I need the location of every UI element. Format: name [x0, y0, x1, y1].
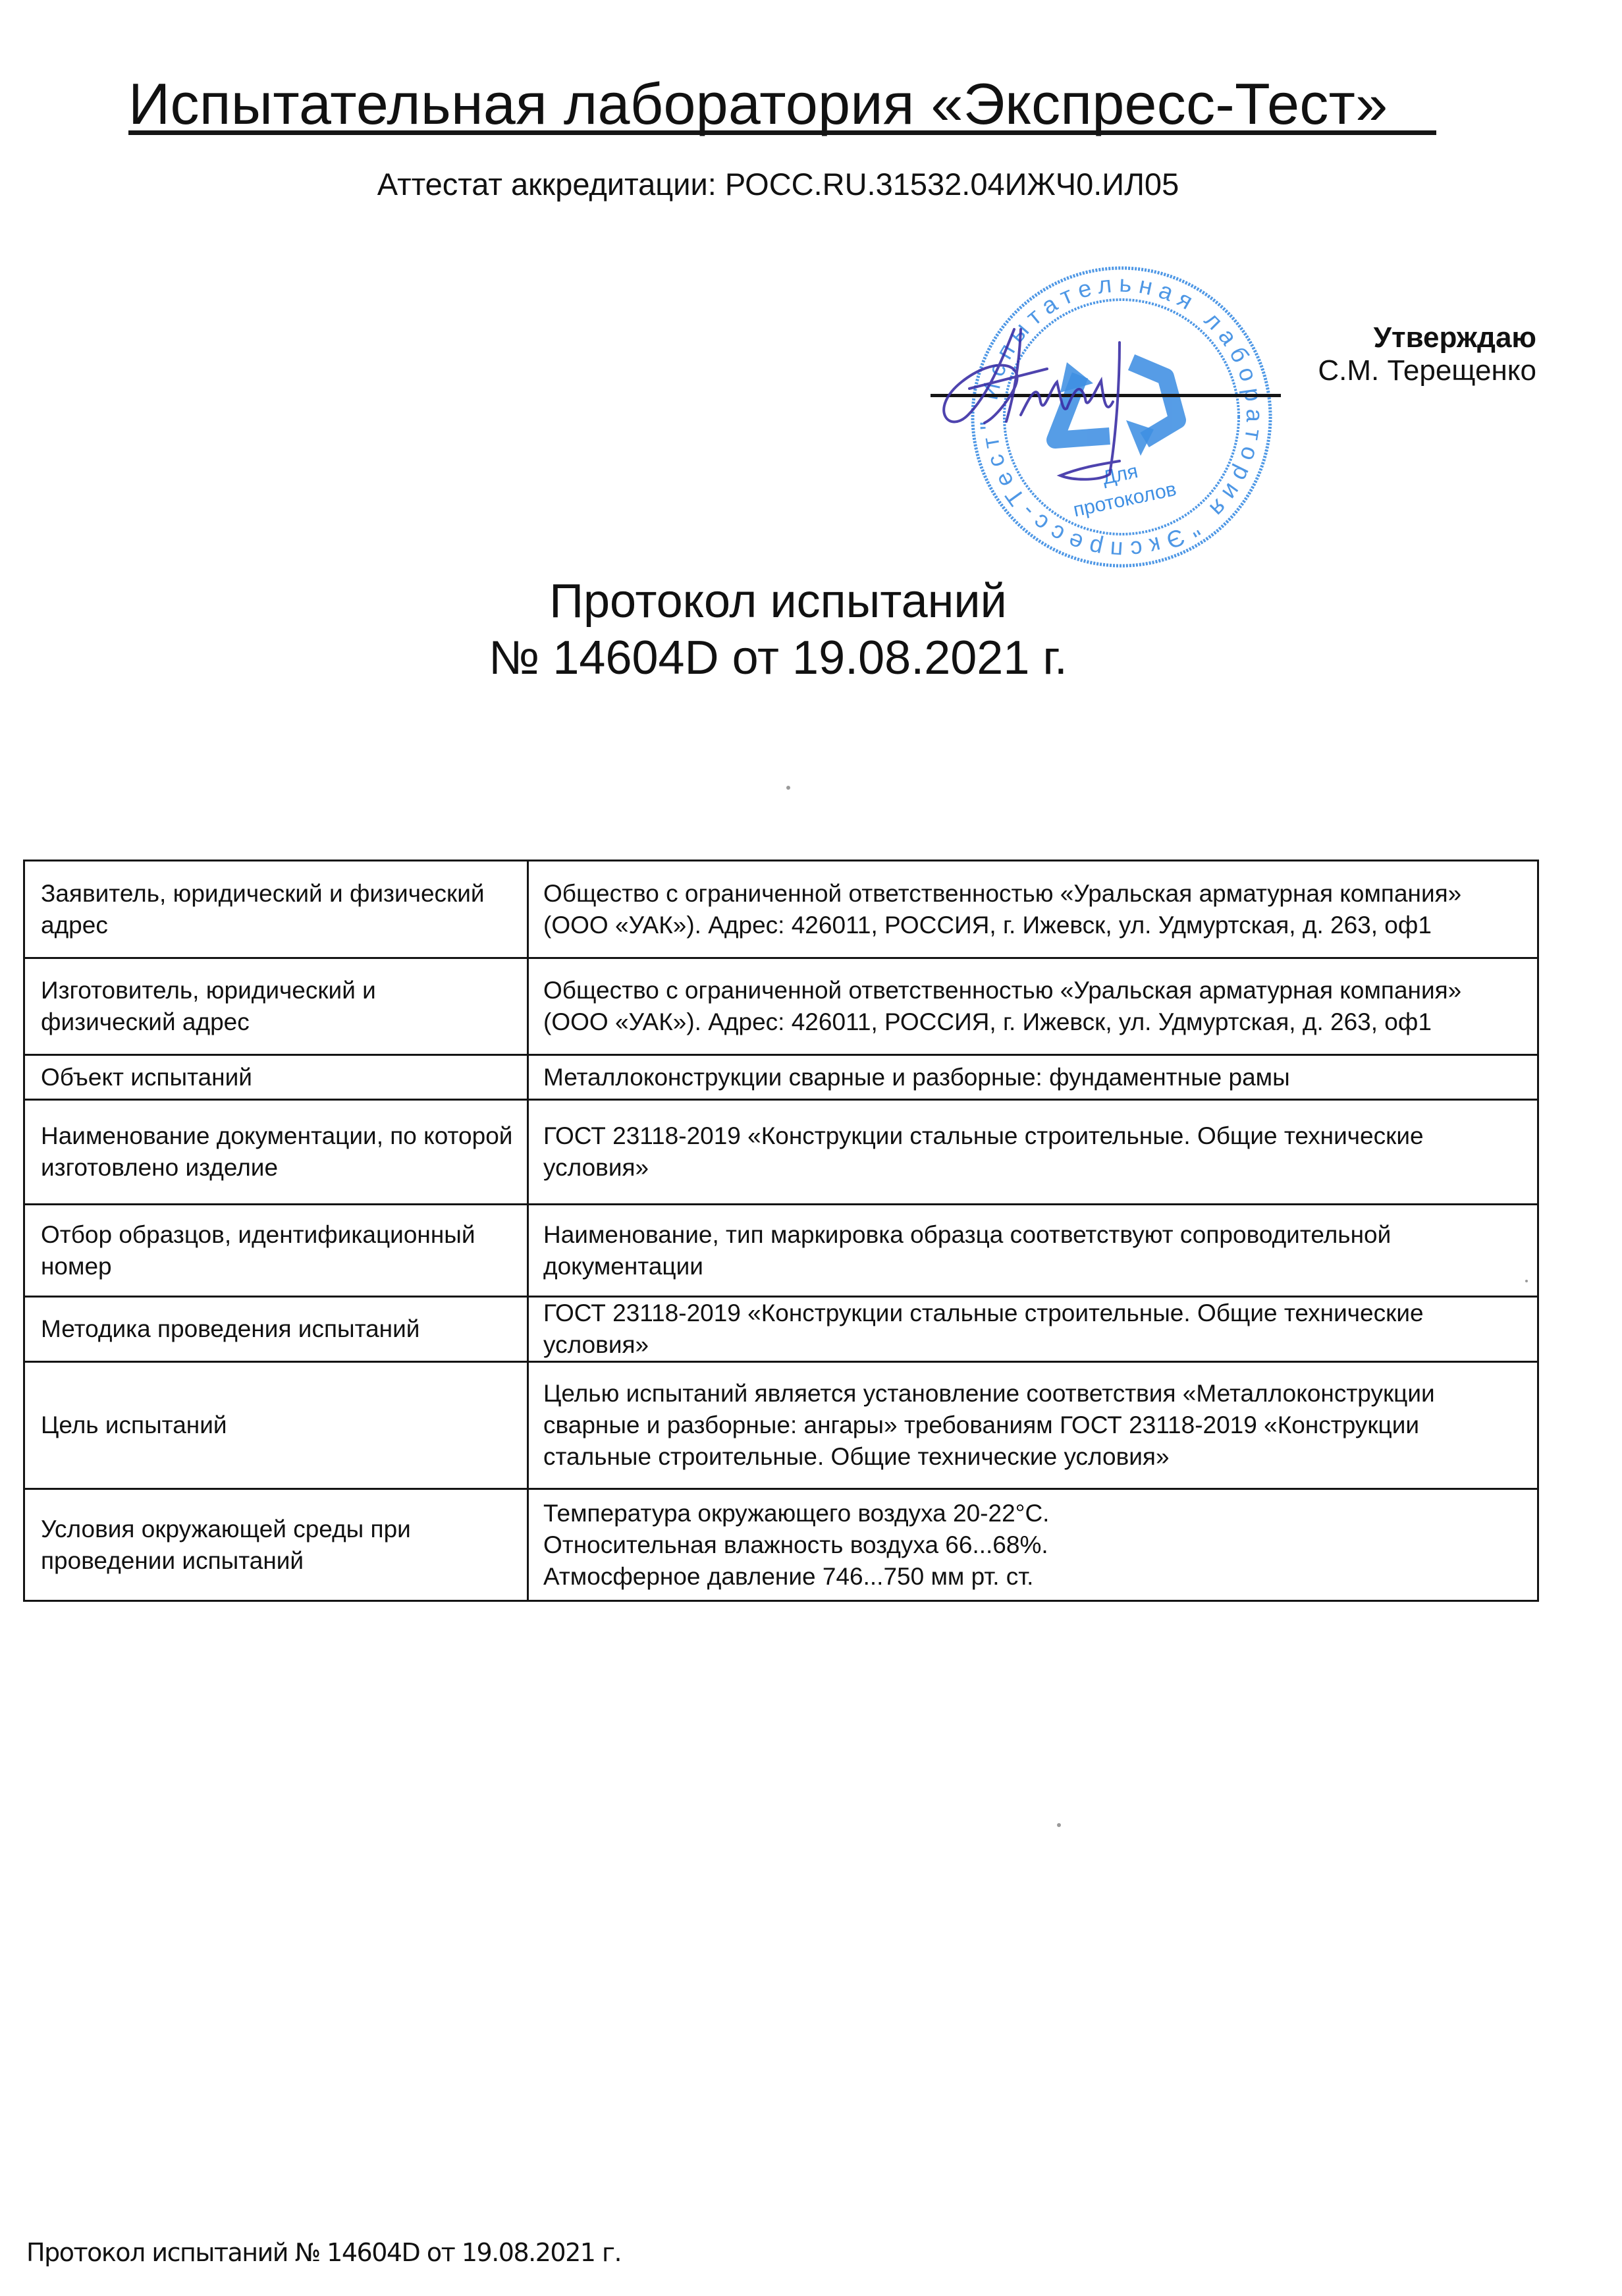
table-row: Изготовитель, юридический и физический а… — [24, 958, 1538, 1055]
accreditation-text: Аттестат аккредитации: РОСС.RU.31532.04И… — [377, 165, 1179, 204]
env-pressure: Атмосферное давление 746...750 мм рт. ст… — [543, 1561, 1524, 1593]
row-value: Общество с ограниченной ответственностью… — [528, 861, 1538, 958]
table-row: Методика проведения испытаний ГОСТ 23118… — [24, 1297, 1538, 1362]
row-label: Изготовитель, юридический и физический а… — [24, 958, 528, 1055]
row-label: Отбор образцов, идентификационный номер — [24, 1205, 528, 1297]
row-value: Общество с ограниченной ответственностью… — [528, 958, 1538, 1055]
approval-block: Утверждаю С.М. Терещенко — [1318, 321, 1536, 387]
row-label: Объект испытаний — [24, 1055, 528, 1100]
row-value: Целью испытаний является установление со… — [528, 1362, 1538, 1489]
table-row: Наименование документации, по которой из… — [24, 1100, 1538, 1205]
row-value: Наименование, тип маркировка образца соо… — [528, 1205, 1538, 1297]
protocol-title: Протокол испытаний — [0, 573, 1589, 630]
row-label: Наименование документации, по которой из… — [24, 1100, 528, 1205]
lab-title: Испытательная лаборатория «Экспресс-Тест… — [128, 71, 1388, 137]
table-row: Заявитель, юридический и физический адре… — [24, 861, 1538, 958]
row-value: ГОСТ 23118-2019 «Конструкции стальные ст… — [528, 1100, 1538, 1205]
table-row: Цель испытаний Целью испытаний является … — [24, 1362, 1538, 1489]
row-label: Цель испытаний — [24, 1362, 528, 1489]
row-value: ГОСТ 23118-2019 «Конструкции стальные ст… — [528, 1297, 1538, 1362]
row-label: Условия окружающей среды при проведении … — [24, 1489, 528, 1601]
row-value: Температура окружающего воздуха 20-22°C.… — [528, 1489, 1538, 1601]
table-row: Отбор образцов, идентификационный номер … — [24, 1205, 1538, 1297]
row-label: Заявитель, юридический и физический адре… — [24, 861, 528, 958]
row-label: Методика проведения испытаний — [24, 1297, 528, 1362]
title-underline — [128, 130, 1436, 135]
table-row: Объект испытаний Металлоконструкции свар… — [24, 1055, 1538, 1100]
approver-name: С.М. Терещенко — [1318, 354, 1536, 387]
protocol-heading: Протокол испытаний № 14604D от 19.08.202… — [0, 573, 1622, 686]
approval-label: Утверждаю — [1318, 321, 1536, 354]
env-temperature: Температура окружающего воздуха 20-22°C. — [543, 1498, 1524, 1529]
protocol-number-date: № 14604D от 19.08.2021 г. — [0, 630, 1589, 686]
scan-speck — [1057, 1823, 1061, 1827]
table-row: Условия окружающей среды при проведении … — [24, 1489, 1538, 1601]
protocol-info-table: Заявитель, юридический и физический адре… — [23, 860, 1539, 1602]
scan-speck — [786, 786, 790, 790]
signature-icon — [922, 303, 1199, 481]
accreditation-line: Аттестат аккредитации: РОСС.RU.31532.04И… — [0, 165, 1622, 204]
env-humidity: Относительная влажность воздуха 66...68%… — [543, 1529, 1524, 1561]
scan-speck — [1525, 1280, 1528, 1282]
page-footer: Протокол испытаний № 14604D от 19.08.202… — [26, 2238, 621, 2267]
row-value: Металлоконструкции сварные и разборные: … — [528, 1055, 1538, 1100]
